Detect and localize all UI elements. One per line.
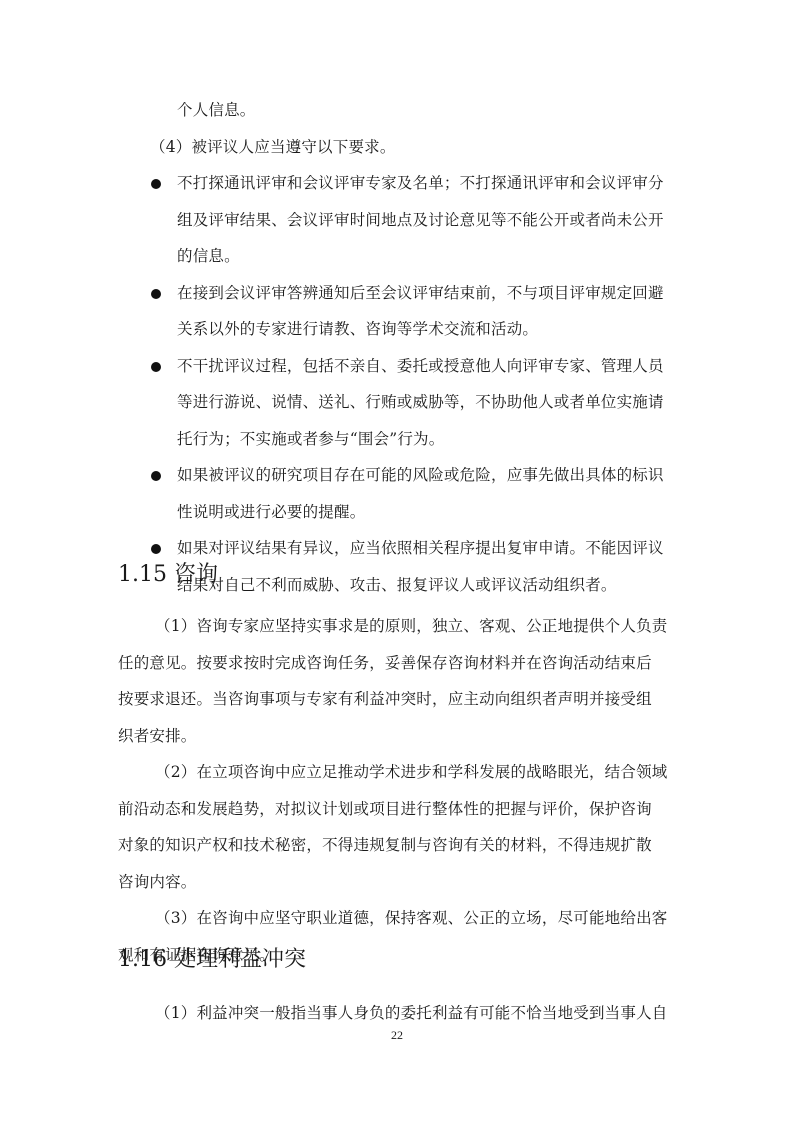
paragraph: （2）在立项咨询中应立足推动学术进步和学科发展的战略眼光，结合领域 前沿动态和发…	[118, 754, 674, 900]
bullet-icon	[151, 179, 161, 189]
section-1-16-body: （1）利益冲突一般指当事人身负的委托利益有可能不恰当地受到当事人自	[118, 995, 674, 1032]
bullet-item: 不打探通讯评审和会议评审专家及名单；不打探通讯评审和会议评审分 组及评审结果、会…	[118, 165, 674, 275]
bullet-icon	[151, 362, 161, 372]
paragraph: （1）利益冲突一般指当事人身负的委托利益有可能不恰当地受到当事人自	[118, 995, 674, 1032]
continuation-text: 个人信息。	[118, 92, 674, 129]
bullet-item: 如果被评议的研究项目存在可能的风险或危险，应事先做出具体的标识 性说明或进行必要…	[118, 457, 674, 530]
section-heading-1-15: 1.15 咨询	[118, 560, 218, 590]
top-block: 个人信息。 （4）被评议人应当遵守以下要求。 不打探通讯评审和会议评审专家及名单…	[118, 92, 674, 603]
bullet-icon	[151, 289, 161, 299]
section-1-15-body: （1）咨询专家应坚持实事求是的原则，独立、客观、公正地提供个人负责 任的意见。按…	[118, 608, 674, 973]
bullet-item: 在接到会议评审答辨通知后至会议评审结束前，不与项目评审规定回避 关系以外的专家进…	[118, 275, 674, 348]
bullet-icon	[151, 544, 161, 554]
section-heading-1-16: 1.16 处理利益冲突	[118, 945, 306, 975]
paragraph: （1）咨询专家应坚持实事求是的原则，独立、客观、公正地提供个人负责 任的意见。按…	[118, 608, 674, 754]
page-number: 22	[0, 1028, 794, 1043]
item-4-text: （4）被评议人应当遵守以下要求。	[118, 129, 674, 166]
bullet-icon	[151, 471, 161, 481]
bullet-item: 不干扰评议过程，包括不亲自、委托或授意他人向评审专家、管理人员 等进行游说、说情…	[118, 348, 674, 458]
